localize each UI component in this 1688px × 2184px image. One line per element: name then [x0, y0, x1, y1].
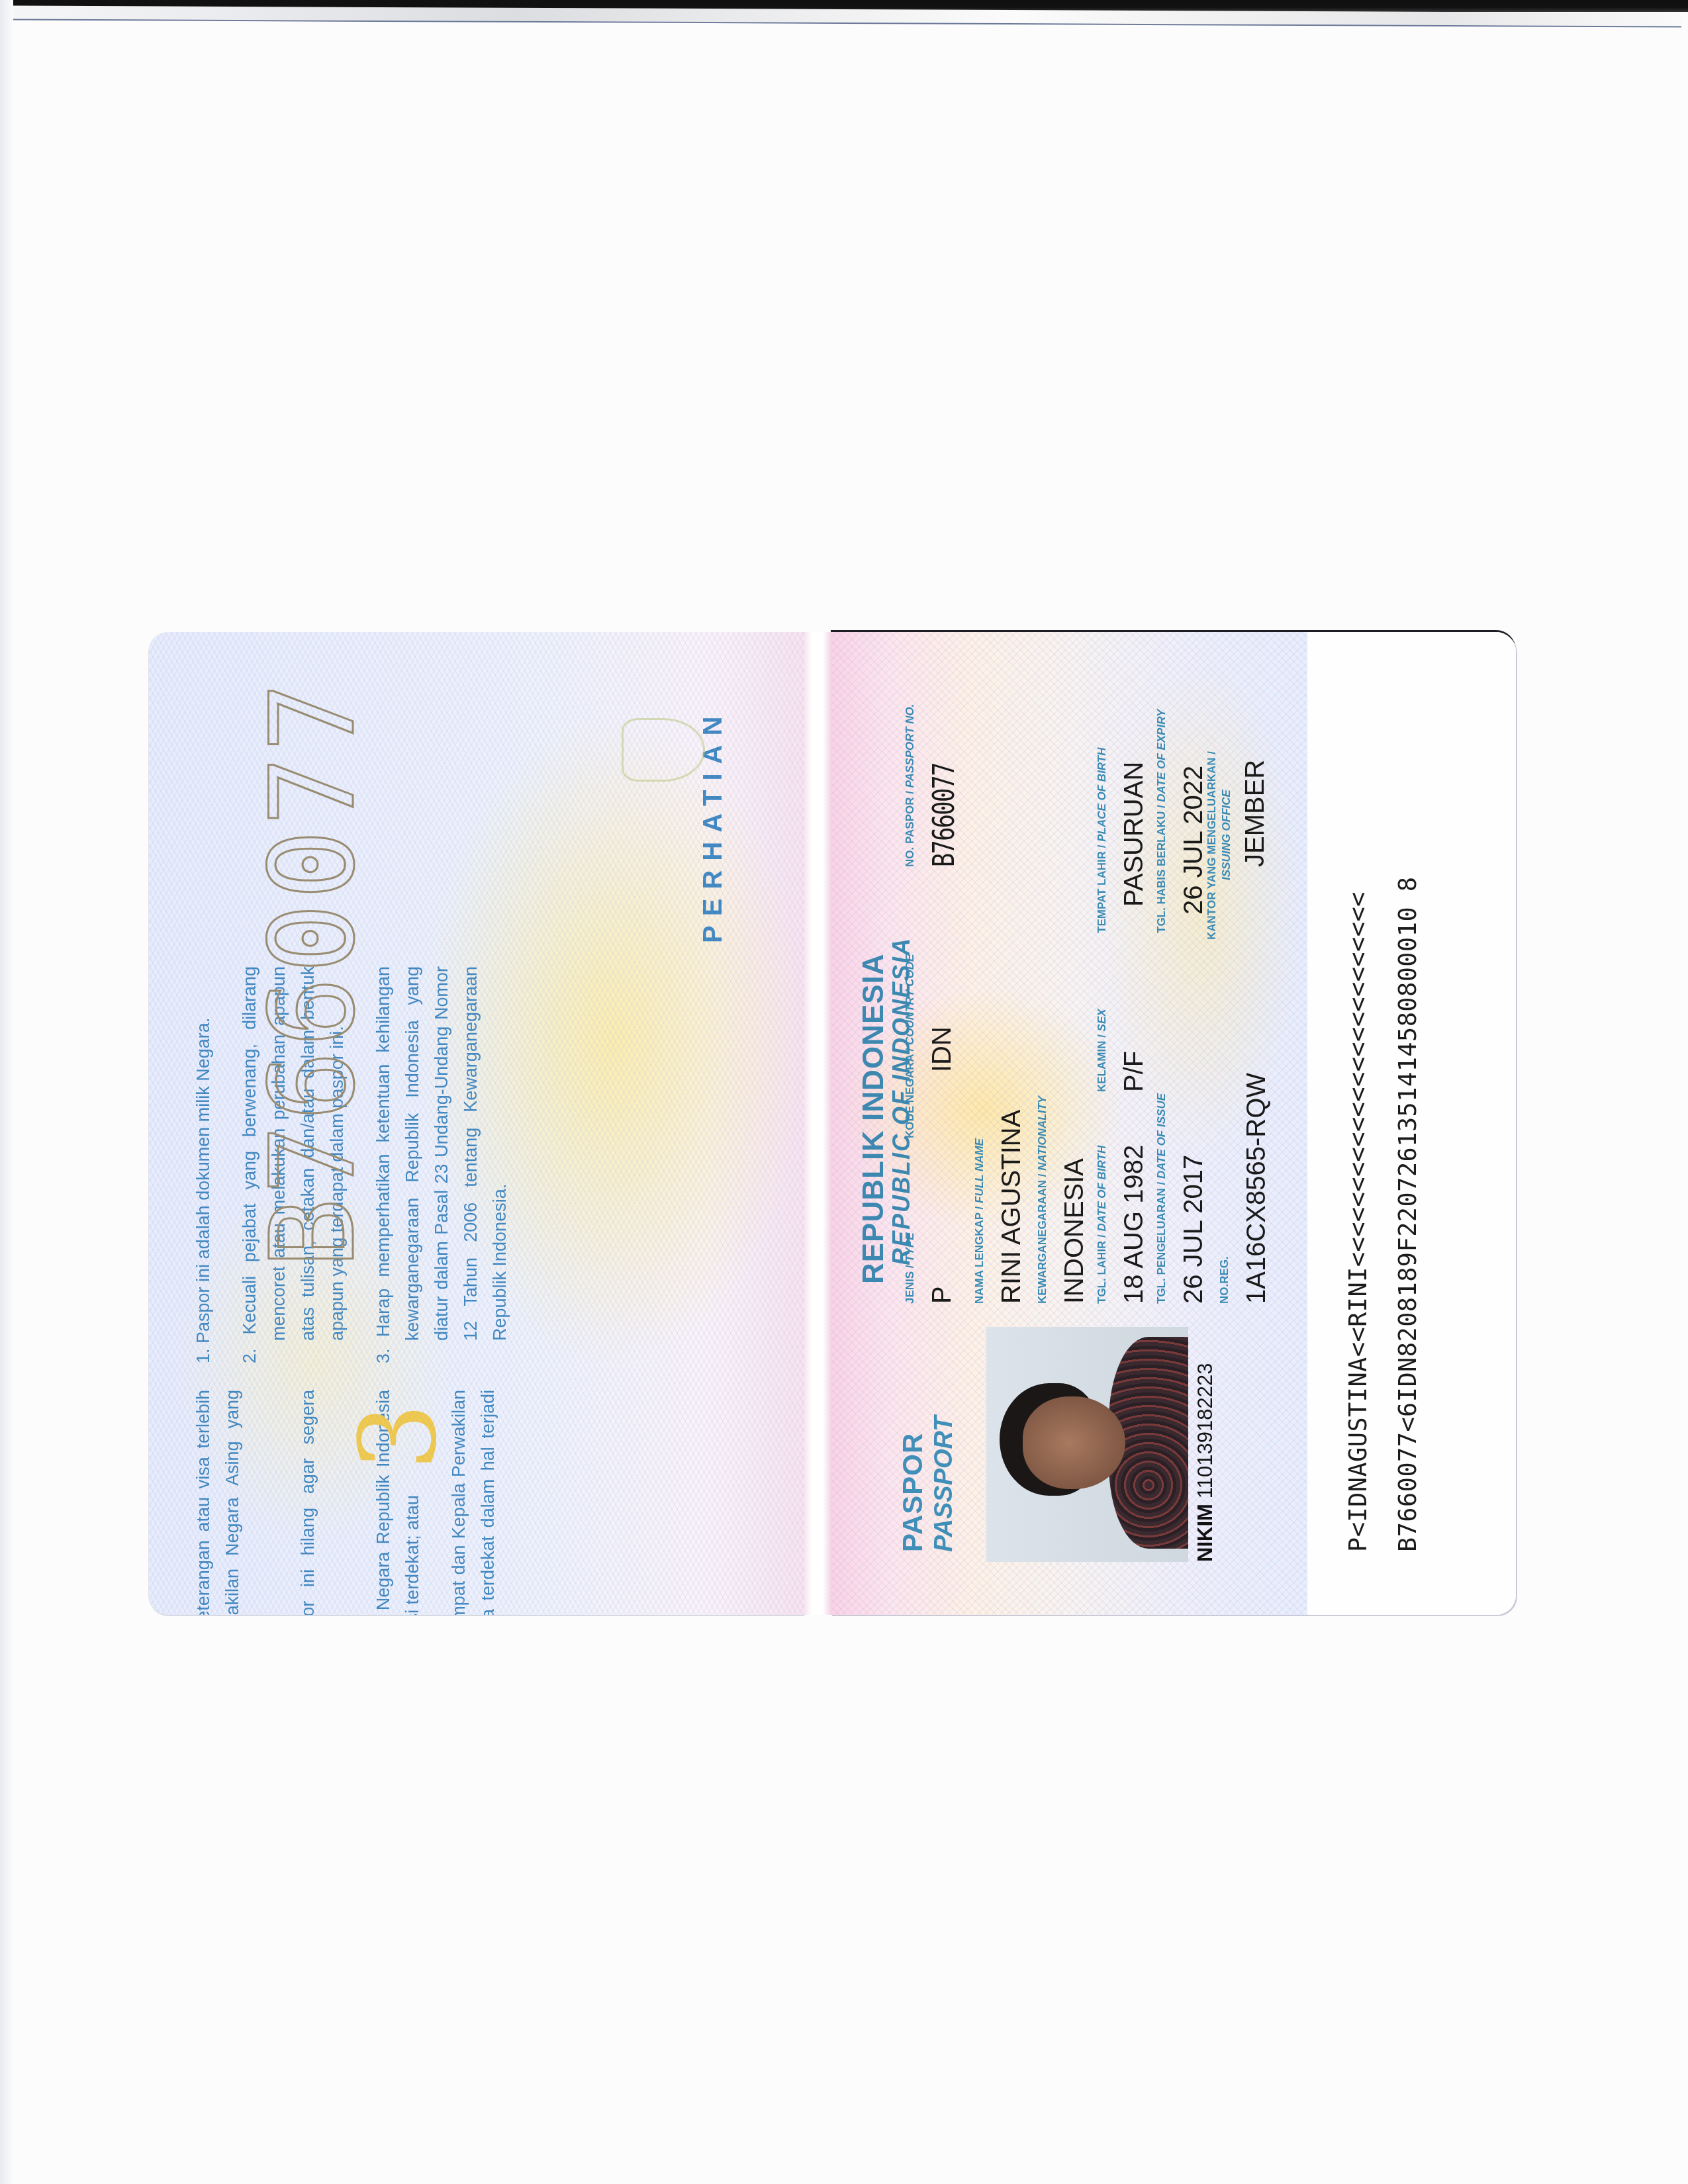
field-type-value: P	[927, 1232, 957, 1304]
field-full-name-value: RINI AGUSTINA	[997, 1110, 1027, 1304]
field-issuing-office-value: JEMBER	[1241, 751, 1270, 867]
field-country-code-value: IDN	[927, 954, 957, 1072]
page-number: 3	[336, 1403, 460, 1471]
field-full-name: NAMA LENGKAP / FULL NAME RINI AGUSTINA	[973, 1110, 1027, 1304]
field-sex: KELAMIN / SEX P/F	[1096, 1009, 1149, 1092]
notice-item: 4. Harap meminta keterangan atau visa te…	[189, 1390, 276, 1615]
field-reg-no: NO.REG. 1A16CX8565-RQW	[1218, 1073, 1272, 1304]
field-passport-no-value: B7660077	[927, 737, 961, 867]
brand-title-id: PASPOR	[897, 1416, 929, 1552]
nikim: NIKIM110139182223	[1194, 1363, 1217, 1562]
field-date-of-issue-value: 26 JUL 2017	[1179, 1093, 1209, 1304]
brand-title: PASPOR PASSPORT	[897, 1416, 959, 1552]
notice-page-content-2: 4. Harap meminta keterangan atau visa te…	[149, 632, 804, 1615]
data-page-content: PASPOR PASSPORT REPUBLIK INDONESIA REPUB…	[831, 632, 1516, 1615]
field-passport-no: NO. PASPOR / PASSPORT NO. B7660077	[904, 704, 961, 867]
scanner-left-edge	[0, 0, 13, 2184]
holder-photo	[986, 1327, 1188, 1562]
field-nationality-value: INDONESIA	[1060, 1096, 1090, 1304]
field-date-of-birth: TGL. LAHIR / DATE OF BIRTH 18 AUG 1982	[1096, 1145, 1149, 1304]
field-issuing-office: KANTOR YANG MENGELUARKAN / ISSUING OFFIC…	[1205, 751, 1270, 940]
field-type: JENIS / TYPE P	[904, 1232, 957, 1304]
passport-spread: PERHATIAN 1. Paspor ini adalah dokumen m…	[149, 632, 1516, 1615]
nikim-value: 110139182223	[1194, 1363, 1217, 1499]
field-place-of-birth-value: PASURUAN	[1119, 747, 1149, 907]
mrz-line-1: P<IDNAGUSTINA<<RINI<<<<<<<<<<<<<<<<<<<<<…	[1344, 891, 1372, 1552]
brand-title-en: PASSPORT	[930, 1416, 959, 1552]
field-place-of-birth: TEMPAT LAHIR / PLACE OF BIRTH PASURUAN	[1096, 747, 1149, 933]
field-sex-value: P/F	[1119, 1009, 1149, 1092]
perforated-passport-number: B7660077	[246, 678, 381, 1268]
field-date-of-expiry: TGL. HABIS BERLAKU / DATE OF EXPIRY 26 J…	[1155, 709, 1209, 933]
field-date-of-birth-value: 18 AUG 1982	[1119, 1145, 1149, 1304]
field-reg-no-value: 1A16CX8565-RQW	[1242, 1073, 1272, 1304]
notice-page: PERHATIAN 1. Paspor ini adalah dokumen m…	[149, 632, 804, 1615]
passport-spine	[804, 632, 831, 1615]
data-page: PASPOR PASSPORT REPUBLIK INDONESIA REPUB…	[831, 632, 1516, 1615]
field-country-code: KODE NEGARA / COUNTRY CODE IDN	[904, 954, 957, 1138]
issuing-country-id: REPUBLIK INDONESIA	[857, 937, 890, 1284]
field-nationality: KEWARGANEGARAAN / NATIONALITY INDONESIA	[1036, 1096, 1090, 1304]
mrz-line-2: B7660077<6IDN8208189F2207261351414580800…	[1393, 877, 1422, 1552]
nikim-label: NIKIM	[1194, 1504, 1217, 1562]
field-date-of-issue: TGL. PENGELUARAN / DATE OF ISSUE 26 JUL …	[1155, 1093, 1209, 1304]
